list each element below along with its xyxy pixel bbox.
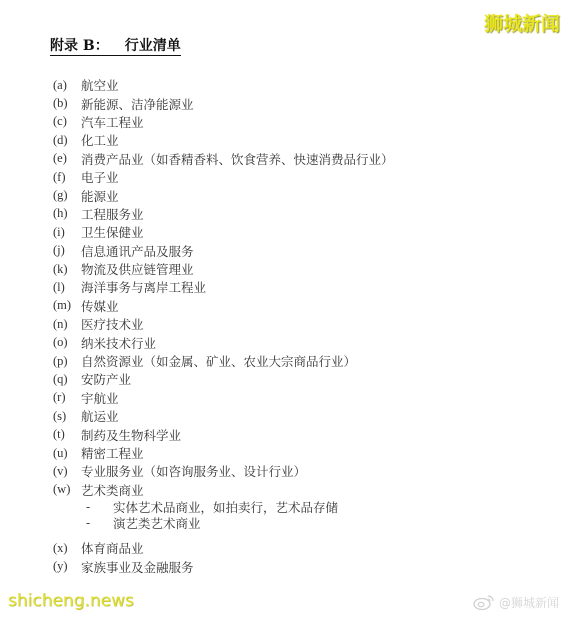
item-text: 传媒业 bbox=[81, 297, 119, 315]
item-text: 消费产品业（如香精香料、饮食营养、快速消费品行业） bbox=[81, 150, 394, 168]
spacer bbox=[53, 531, 394, 539]
item-label: (j) bbox=[53, 243, 81, 258]
item-text: 专业服务业（如咨询服务业、设计行业） bbox=[81, 462, 306, 480]
industry-list: (a)航空业 (b)新能源、洁净能源业 (c)汽车工程业 (d)化工业 (e)消… bbox=[53, 76, 394, 576]
item-text: 卫生保健业 bbox=[81, 223, 144, 241]
list-item: (i)卫生保健业 bbox=[53, 223, 394, 241]
item-text: 化工业 bbox=[81, 131, 119, 149]
dash-bullet: - bbox=[86, 499, 113, 514]
dash-bullet: - bbox=[86, 515, 113, 530]
item-label: (v) bbox=[53, 464, 81, 479]
item-label: (m) bbox=[53, 298, 81, 313]
item-text: 安防产业 bbox=[81, 370, 131, 388]
list-item: (t)制药及生物科学业 bbox=[53, 425, 394, 443]
list-item: (q)安防产业 bbox=[53, 370, 394, 388]
list-item: (c)汽车工程业 bbox=[53, 113, 394, 131]
item-text: 体育商品业 bbox=[81, 539, 144, 557]
item-label: (y) bbox=[53, 559, 81, 574]
item-label: (p) bbox=[53, 354, 81, 369]
list-item: (v)专业服务业（如咨询服务业、设计行业） bbox=[53, 462, 394, 480]
page-title: 附录 B：行业清单 bbox=[50, 38, 181, 56]
list-item: (p)自然资源业（如金属、矿业、农业大宗商品行业） bbox=[53, 352, 394, 370]
item-text: 新能源、洁净能源业 bbox=[81, 95, 194, 113]
item-label: (e) bbox=[53, 151, 81, 166]
item-text: 宇航业 bbox=[81, 389, 119, 407]
list-item: (r)宇航业 bbox=[53, 389, 394, 407]
item-label: (h) bbox=[53, 206, 81, 221]
weibo-icon bbox=[473, 593, 495, 611]
watermark-bottom-left: shicheng.news bbox=[8, 591, 134, 611]
list-item: (d)化工业 bbox=[53, 131, 394, 149]
item-text: 电子业 bbox=[81, 168, 119, 186]
item-text: 纳米技术行业 bbox=[81, 334, 156, 352]
list-item: (x)体育商品业 bbox=[53, 539, 394, 557]
list-item: (s)航运业 bbox=[53, 407, 394, 425]
subitem-text: 演艺类艺术商业 bbox=[113, 514, 201, 532]
title-prefix: 附录 B： bbox=[50, 38, 109, 54]
item-label: (q) bbox=[53, 372, 81, 387]
item-text: 自然资源业（如金属、矿业、农业大宗商品行业） bbox=[81, 352, 356, 370]
item-text: 艺术类商业 bbox=[81, 481, 144, 499]
item-text: 精密工程业 bbox=[81, 444, 144, 462]
list-item: (u)精密工程业 bbox=[53, 444, 394, 462]
item-label: (w) bbox=[53, 482, 81, 497]
item-label: (n) bbox=[53, 317, 81, 332]
item-label: (b) bbox=[53, 96, 81, 111]
item-text: 能源业 bbox=[81, 187, 119, 205]
list-item: (k)物流及供应链管理业 bbox=[53, 260, 394, 278]
list-item: (o)纳米技术行业 bbox=[53, 333, 394, 351]
item-text: 航运业 bbox=[81, 407, 119, 425]
watermark-top-right: 狮城新闻 bbox=[484, 9, 560, 36]
weibo-handle: @狮城新闻 bbox=[499, 594, 559, 611]
list-item: (b)新能源、洁净能源业 bbox=[53, 94, 394, 112]
list-item: (a)航空业 bbox=[53, 76, 394, 94]
item-label: (t) bbox=[53, 427, 81, 442]
item-label: (a) bbox=[53, 78, 81, 93]
item-text: 工程服务业 bbox=[81, 205, 144, 223]
item-label: (u) bbox=[53, 446, 81, 461]
item-text: 海洋事务与离岸工程业 bbox=[81, 278, 206, 296]
list-item: (w)艺术类商业 bbox=[53, 481, 394, 499]
sub-list-item: -演艺类艺术商业 bbox=[53, 515, 394, 531]
watermark-bottom-right: @狮城新闻 bbox=[473, 593, 559, 611]
item-label: (x) bbox=[53, 541, 81, 556]
item-label: (f) bbox=[53, 170, 81, 185]
list-item: (y)家族事业及金融服务 bbox=[53, 557, 394, 575]
list-item: (n)医疗技术业 bbox=[53, 315, 394, 333]
list-item: (l)海洋事务与离岸工程业 bbox=[53, 278, 394, 296]
item-label: (l) bbox=[53, 280, 81, 295]
list-item: (m)传媒业 bbox=[53, 297, 394, 315]
list-item: (g)能源业 bbox=[53, 186, 394, 204]
list-item: (f)电子业 bbox=[53, 168, 394, 186]
item-text: 医疗技术业 bbox=[81, 315, 144, 333]
item-text: 制药及生物科学业 bbox=[81, 426, 181, 444]
list-item: (e)消费产品业（如香精香料、饮食营养、快速消费品行业） bbox=[53, 150, 394, 168]
item-label: (i) bbox=[53, 225, 81, 240]
item-text: 汽车工程业 bbox=[81, 113, 144, 131]
item-label: (k) bbox=[53, 262, 81, 277]
title-main: 行业清单 bbox=[125, 38, 181, 54]
item-label: (c) bbox=[53, 114, 81, 129]
item-label: (g) bbox=[53, 188, 81, 203]
item-label: (o) bbox=[53, 335, 81, 350]
item-label: (s) bbox=[53, 409, 81, 424]
item-label: (d) bbox=[53, 133, 81, 148]
item-text: 航空业 bbox=[81, 76, 119, 94]
list-item: (j)信息通讯产品及服务 bbox=[53, 242, 394, 260]
sub-list-item: -实体艺术品商业，如拍卖行，艺术品存储 bbox=[53, 499, 394, 515]
item-text: 信息通讯产品及服务 bbox=[81, 242, 194, 260]
item-text: 物流及供应链管理业 bbox=[81, 260, 194, 278]
list-item: (h)工程服务业 bbox=[53, 205, 394, 223]
item-label: (r) bbox=[53, 390, 81, 405]
item-text: 家族事业及金融服务 bbox=[81, 558, 194, 576]
